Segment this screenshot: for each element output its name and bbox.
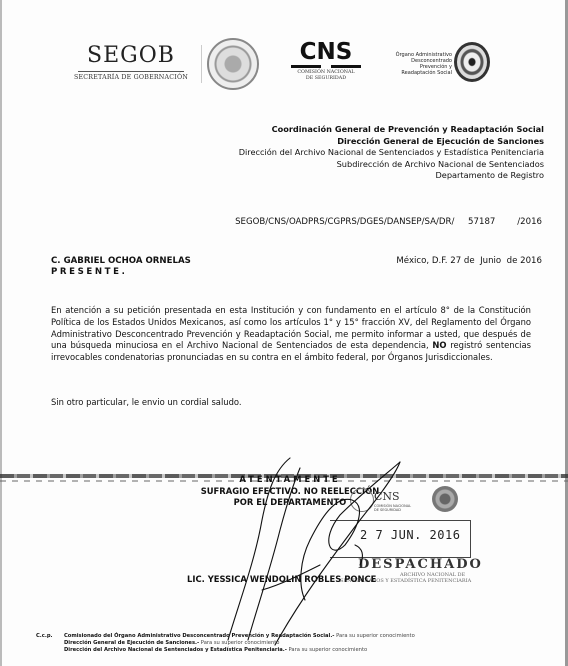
header-department: Departamento de Registro	[239, 170, 544, 182]
header-coordination: Coordinación General de Prevención y Rea…	[239, 124, 544, 136]
header-direction-archive: Dirección del Archivo Nacional de Senten…	[239, 147, 544, 159]
body-emphasis: NO	[432, 340, 446, 350]
scan-edge-left	[0, 0, 2, 666]
closing-line: Sin otro particular, le envio un cordial…	[51, 397, 242, 407]
ccp-note: Para su superior conocimiento	[199, 640, 279, 646]
cns-title: CNS	[291, 40, 361, 64]
ccp-note: Para su superior conocimiento	[287, 647, 367, 653]
logo-divider	[201, 45, 202, 83]
cns-bars	[291, 65, 361, 68]
stamp-emblem-icon	[432, 486, 458, 512]
stamp-date: 2 7 JUN. 2016	[360, 528, 460, 542]
oadprs-logo-text: Órgano Administrativo Desconcentrado Pre…	[386, 52, 452, 76]
ccp-label: C.c.p.	[36, 633, 53, 640]
stamp-seal-icon	[350, 488, 374, 512]
oadprs-line-4: Readaptación Social	[386, 70, 452, 76]
ccp-note: Para su superior conocimiento	[334, 633, 414, 639]
stamp-status: DESPACHADO	[358, 557, 483, 572]
stamp-cns-subtitle: COMISIÓN NACIONAL DE SEGURIDAD	[374, 504, 414, 512]
header-direction-general: Dirección General de Ejecución de Sancio…	[239, 136, 544, 148]
segob-logo: SEGOB SECRETARÍA DE GOBERNACIÓN	[72, 44, 190, 81]
document-page: SEGOB SECRETARÍA DE GOBERNACIÓN CNS COMI…	[0, 0, 568, 666]
signer-name: LIC. YESSICA WENDOLIN ROBLES PONCE	[187, 574, 376, 584]
stamp-cns-text: CNS	[374, 490, 400, 503]
segob-rule	[78, 71, 184, 72]
ccp-entry: Comisionado del Órgano Administrativo De…	[64, 633, 415, 640]
reference-block: SEGOB/CNS/OADPRS/CGPRS/DGES/DANSEP/SA/DR…	[235, 190, 542, 294]
addressee-greeting: PRESENTE.	[51, 267, 191, 278]
letter-body: En atención a su petición presentada en …	[51, 305, 531, 364]
ccp-entry: Dirección General de Ejecución de Sancio…	[64, 640, 415, 647]
segob-subtitle: SECRETARÍA DE GOBERNACIÓN	[72, 74, 190, 81]
ccp-recipient: Dirección del Archivo Nacional de Senten…	[64, 647, 287, 653]
ccp-entry: Dirección del Archivo Nacional de Senten…	[64, 647, 415, 654]
cns-logo: CNS COMISIÓN NACIONAL DE SEGURIDAD	[291, 40, 361, 82]
letterhead-departments: Coordinación General de Prevención y Rea…	[239, 124, 544, 182]
reference-number: SEGOB/CNS/OADPRS/CGPRS/DGES/DANSEP/SA/DR…	[235, 216, 542, 229]
cns-subtitle-2: DE SEGURIDAD	[291, 76, 361, 82]
header-subdirection: Subdirección de Archivo Nacional de Sent…	[239, 159, 544, 171]
mexican-coat-of-arms-icon	[207, 38, 259, 90]
stamp-logos: CNS COMISIÓN NACIONAL DE SEGURIDAD	[336, 488, 476, 518]
ccp-recipient: Dirección General de Ejecución de Sancio…	[64, 640, 199, 646]
addressee-block: C. GABRIEL OCHOA ORNELAS PRESENTE.	[51, 256, 191, 278]
ccp-list: Comisionado del Órgano Administrativo De…	[64, 633, 415, 654]
sign-atentamente: ATENTAMENTE	[160, 474, 420, 486]
addressee-name: C. GABRIEL OCHOA ORNELAS	[51, 256, 191, 267]
segob-title: SEGOB	[72, 44, 190, 68]
oadprs-emblem-icon	[454, 42, 490, 82]
place-date: México, D.F. 27 de Junio de 2016	[235, 255, 542, 268]
ccp-recipient: Comisionado del Órgano Administrativo De…	[64, 633, 334, 639]
